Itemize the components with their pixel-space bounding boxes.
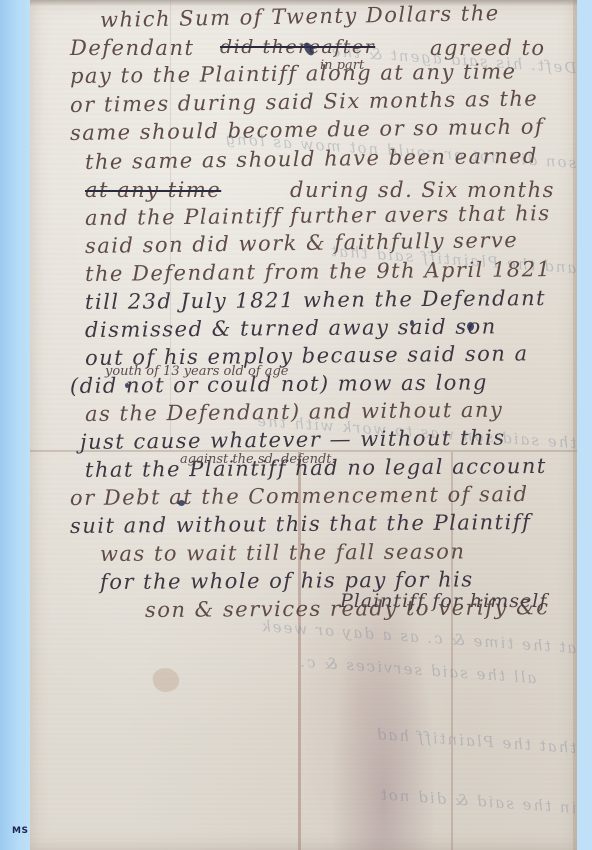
manuscript-line: was to wait till the fall season bbox=[100, 539, 466, 566]
manuscript-line: suit and without this that the Plaintiff bbox=[70, 510, 532, 538]
interlineation: against the sd. defendt. bbox=[180, 452, 336, 467]
manuscript-line: or Debt at the Commencement of said bbox=[70, 482, 529, 510]
interlineation: youth of 13 years old of age bbox=[105, 364, 289, 379]
manuscript-line: just cause whatever — without this bbox=[80, 426, 506, 454]
manuscript-line: as the Defendant) and without any bbox=[85, 398, 504, 426]
ink-blot bbox=[410, 320, 414, 326]
signature: Plaintiff for himself bbox=[340, 590, 547, 612]
manuscript-line: said son did work & faithfully serve bbox=[85, 228, 519, 258]
ms-stamp: MS bbox=[12, 826, 28, 836]
page-right-edge bbox=[573, 0, 577, 850]
ink-blot bbox=[178, 500, 185, 506]
interlineation: in part bbox=[320, 58, 364, 73]
manuscript-line: till 23d July 1821 when the Defendant bbox=[85, 286, 546, 314]
manuscript-line: the same as should have been earned bbox=[85, 144, 538, 174]
manuscript-line: during sd. Six months bbox=[290, 178, 555, 202]
ink-blot bbox=[467, 322, 474, 331]
manuscript-line: same should become due or so much of bbox=[70, 114, 545, 145]
bleed-through-text: all the said services & c. bbox=[30, 631, 537, 687]
manuscript-line: Defendant bbox=[70, 36, 194, 60]
manuscript-line: pay to the Plaintiff along at any time bbox=[70, 59, 517, 88]
manuscript-line: or times during said Six months as the bbox=[70, 86, 539, 117]
manuscript-line: and the Plaintiff further avers that his bbox=[85, 201, 551, 230]
scanned-document: Deft. his said agent & the son did not o… bbox=[0, 0, 592, 850]
struck-out-text: did thereafter bbox=[220, 36, 375, 58]
manuscript-line: the Defendant from the 9th April 1821 bbox=[85, 257, 552, 286]
manuscript-page: Deft. his said agent & the son did not o… bbox=[30, 0, 577, 850]
manuscript-line: dismissed & turned away said son bbox=[85, 314, 497, 342]
paper-stain bbox=[151, 666, 181, 695]
ink-blot bbox=[125, 383, 129, 388]
struck-out-text: at any time bbox=[85, 178, 221, 202]
manuscript-line: agreed to bbox=[430, 36, 546, 60]
